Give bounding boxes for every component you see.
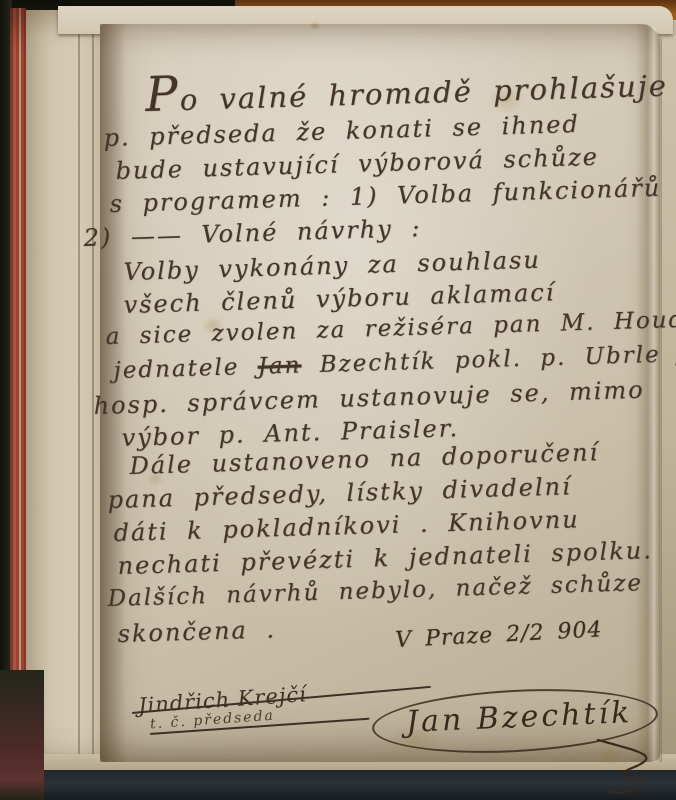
book-cover-corner	[0, 670, 44, 800]
struck-word: Jan	[257, 352, 302, 379]
crossed-line-prefix: jednatele	[113, 354, 258, 384]
manuscript-line: skončena .	[117, 615, 276, 648]
page-edge-line	[78, 10, 80, 788]
signature-flourish-tail	[592, 738, 672, 796]
photo-of-manuscript-page: Po valné hromadě prohlašuje p. předseda …	[0, 0, 676, 800]
book-cover-bottom	[0, 770, 676, 800]
